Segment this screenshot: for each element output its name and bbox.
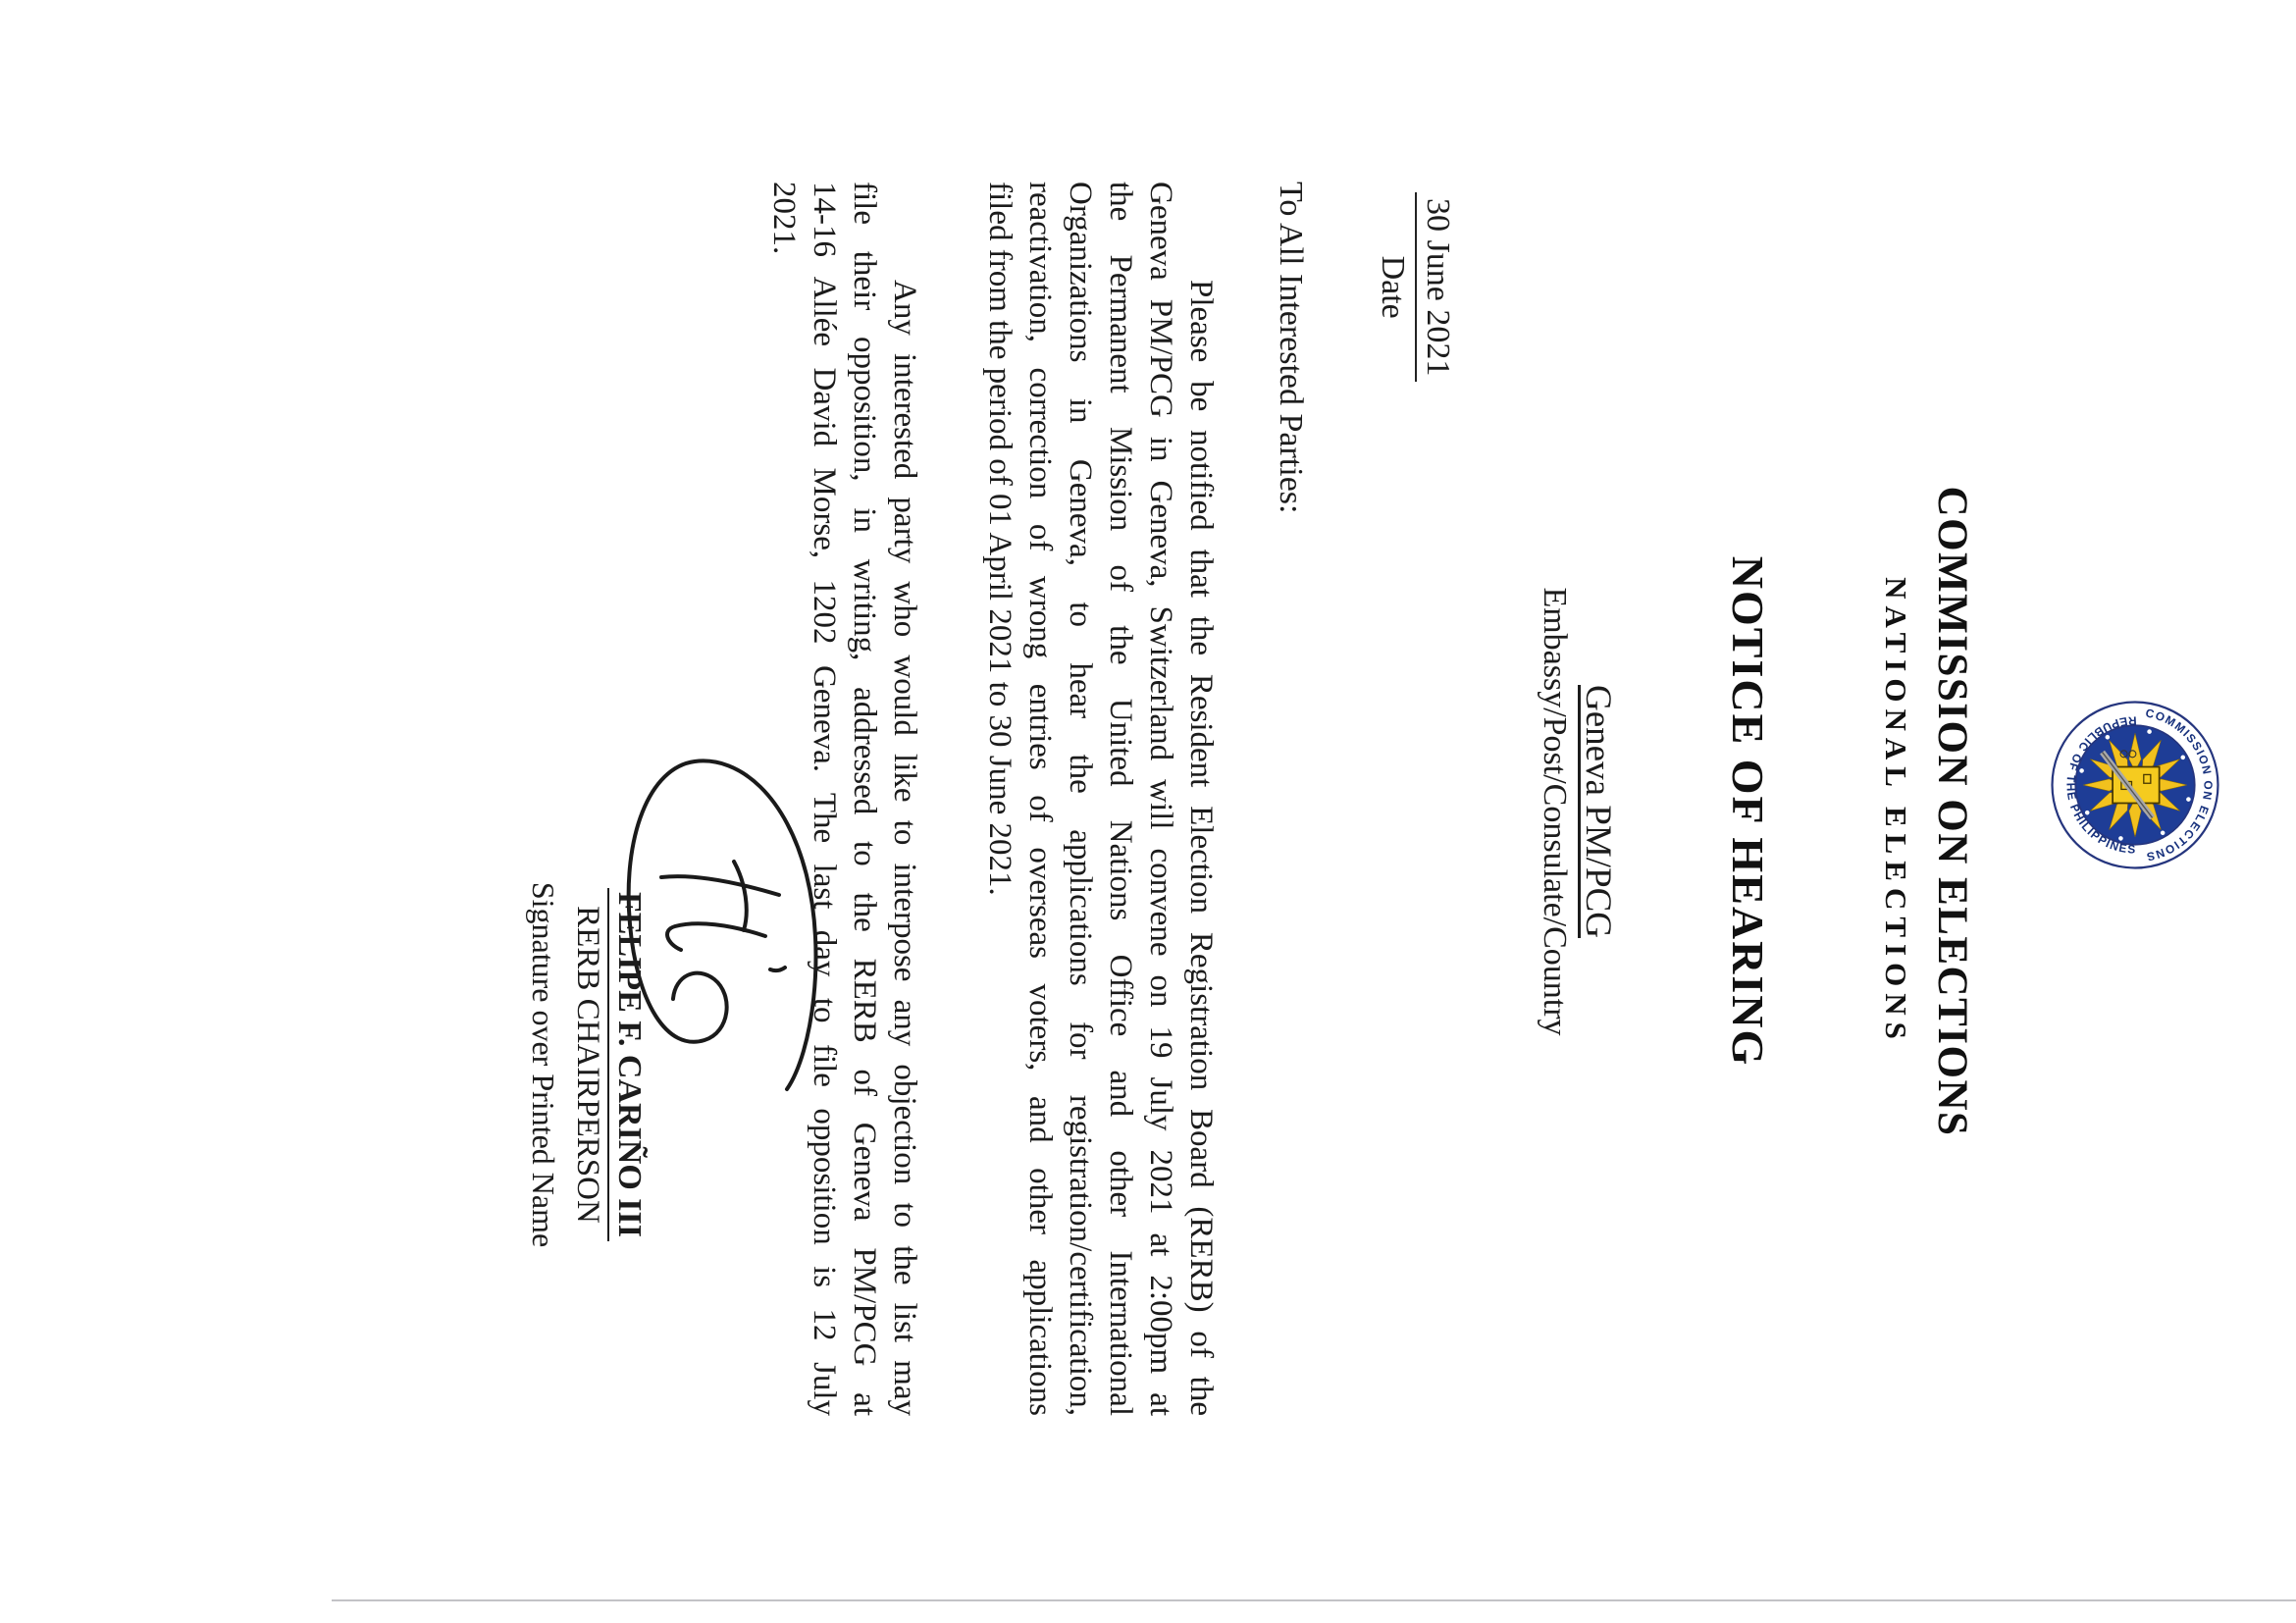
salutation: To All Interested Parties:	[1272, 182, 1309, 514]
signature-block: FELIPE F. CARIÑO III RERB CHAIRPERSON Si…	[525, 834, 648, 1295]
signer-title: RERB CHAIRPERSON	[569, 834, 605, 1295]
body-line: Organizations in Geneva, to hear the app…	[1060, 182, 1100, 1416]
org-subtitle: NATIONAL ELECTIONS	[1878, 0, 1913, 1623]
body-line: the Permanent Mission of the United Nati…	[1100, 182, 1140, 1416]
comelec-seal-svg: COMMISSION ON ELECTIONS REPUBLIC OF THE …	[2049, 699, 2221, 871]
station-caption: Embassy/Post/Consulate/Country	[1536, 0, 1573, 1623]
body-line: Any interested party who would like to i…	[884, 182, 924, 1416]
document-title: NOTICE OF HEARING	[1722, 0, 1774, 1623]
body-paragraph-1: Please be notified that the Resident Ele…	[979, 182, 1221, 1416]
date-label: Date	[1374, 192, 1411, 382]
comelec-seal-icon: COMMISSION ON ELECTIONS REPUBLIC OF THE …	[2049, 699, 2221, 871]
org-name: COMMISSION ON ELECTIONS	[1928, 0, 1976, 1623]
body-line: filed from the period of 01 April 2021 t…	[979, 182, 1019, 1416]
body-line: Geneva PM/PCG in Geneva, Switzerland wil…	[1140, 182, 1180, 1416]
scanned-page: COMMISSION ON ELECTIONS REPUBLIC OF THE …	[0, 0, 2296, 1623]
signer-name: FELIPE F. CARIÑO III	[607, 888, 648, 1241]
body-line: Please be notified that the Resident Ele…	[1180, 182, 1221, 1416]
station-block: Geneva PM/PCG Embassy/Post/Consulate/Cou…	[1536, 0, 1619, 1623]
station-name: Geneva PM/PCG	[1577, 0, 1619, 1623]
letter-sheet: COMMISSION ON ELECTIONS REPUBLIC OF THE …	[0, 0, 2296, 1623]
date-block: 30 June 2021 Date	[1374, 192, 1456, 382]
signature-caption: Signature over Printed Name	[525, 834, 561, 1295]
body-line: reactivation, correction of wrong entrie…	[1019, 182, 1060, 1416]
body-line: file their opposition, in writing, addre…	[844, 182, 884, 1416]
scan-edge-line	[332, 1599, 2296, 1601]
date-value: 30 June 2021	[1415, 192, 1456, 382]
